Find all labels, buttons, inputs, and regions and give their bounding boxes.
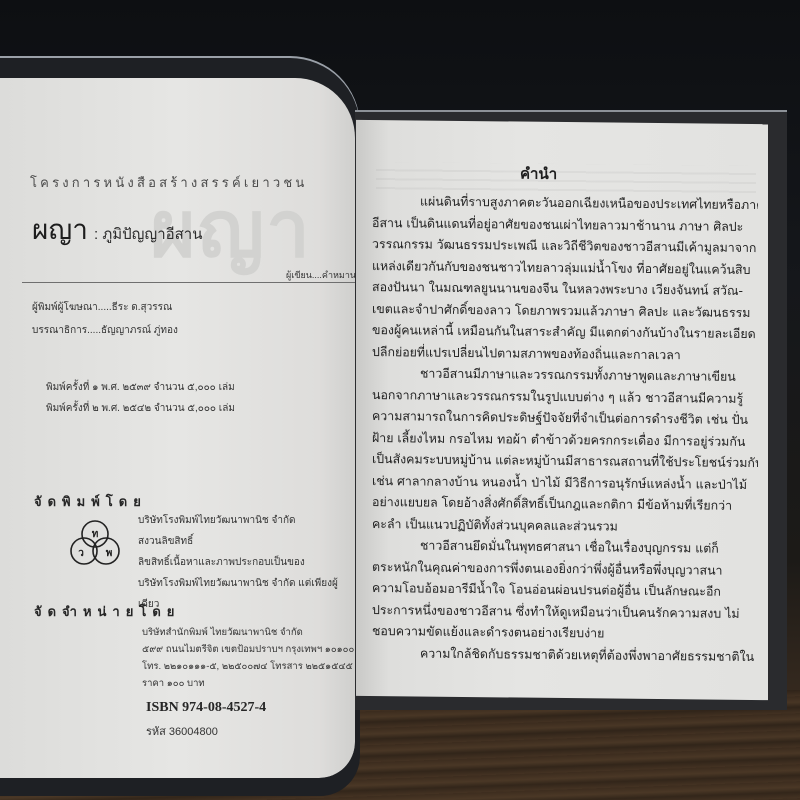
book-title: ผญา : ภูมิปัญญาอีสาน [32, 208, 202, 252]
left-page-imprint: โครงการหนังสือสร้างสรรค์เยาวชน ผญา ผญา :… [0, 0, 355, 778]
logo-letter-wo: ว [78, 548, 84, 559]
distributor-phone-fax: โทร. ๒๒๑๐๑๑๑-๕, ๒๒๕๐๐๗๔ โทรสาร ๒๒๕๑๕๔๕ [142, 658, 354, 675]
foreword-paragraph-2: ชาวอีสานมีภาษาและวรรณกรรมทั้งภาษาพูดและภ… [372, 362, 758, 538]
printed-by-details: บริษัทโรงพิมพ์ไทยวัฒนาพานิช จำกัด สงวนลิ… [138, 510, 355, 615]
printer-name: บริษัทโรงพิมพ์ไทยวัฒนาพานิช จำกัด [138, 510, 355, 531]
foreword-paragraph-3: ชาวอีสานยึดมั่นในพุทธศาสนา เชื่อในเรื่อง… [372, 534, 758, 646]
foreword-body: แผ่นดินที่ราบสูงภาคตะวันออกเฉียงเหนือของ… [372, 190, 758, 667]
distributor-address: ๕๙๙ ถนนไมตรีจิต เขตป้อมปราบฯ กรุงเทพฯ ๑๐… [142, 641, 354, 658]
text-line: ความใกล้ชิดกับธรรมชาติด้วยเหตุที่ต้องพึ่… [372, 642, 758, 668]
distributor-details: บริษัทสำนักพิมพ์ ไทยวัฒนาพานิช จำกัด ๕๙๙… [142, 624, 354, 692]
product-code: รหัส 36004800 [146, 722, 218, 740]
book-price: ราคา ๑๐๐ บาท [142, 675, 354, 692]
book-title-main: ผญา [32, 208, 88, 252]
divider-rule [22, 282, 355, 283]
printed-by-heading: จัดพิมพ์โดย [34, 491, 147, 512]
isbn: ISBN 974-08-4527-4 [146, 700, 266, 716]
copyright-notice: สงวนลิขสิทธิ์ [138, 531, 355, 552]
foreword-paragraph-1: แผ่นดินที่ราบสูงภาคตะวันออกเฉียงเหนือของ… [372, 190, 758, 366]
publisher-logo-icon: ท ว พ [64, 514, 126, 572]
logo-letter-tho: ท [92, 529, 99, 540]
distributor-name: บริษัทสำนักพิมพ์ ไทยวัฒนาพานิช จำกัด [142, 624, 354, 641]
distributed-by-heading: จัดจำหน่ายโดย [34, 601, 180, 622]
printing-first: พิมพ์ครั้งที่ ๑ พ.ศ. ๒๕๓๙ จำนวน ๕,๐๐๐ เล… [46, 380, 235, 395]
copyright-owner-line: ลิขสิทธิ์เนื้อหาและภาพประกอบเป็นของ [138, 552, 355, 573]
book-title-subtitle: : ภูมิปัญญาอีสาน [94, 222, 202, 246]
logo-letter-pho: พ [106, 548, 113, 559]
right-page-foreword: คำนำ แผ่นดินที่ราบสูงภาคตะวันออกเฉียงเหน… [356, 120, 768, 700]
foreword-title: คำนำ [520, 162, 557, 186]
publisher-credit: ผู้พิมพ์ผู้โฆษณา.....ธีระ ด.สุวรรณ [32, 300, 172, 315]
printing-second: พิมพ์ครั้งที่ ๒ พ.ศ. ๒๕๔๒ จำนวน ๕,๐๐๐ เล… [46, 401, 235, 416]
editor-credit: บรรณาธิการ.....ธัญญาภรณ์ ภู่ทอง [32, 323, 178, 338]
foreword-paragraph-4: ความใกล้ชิดกับธรรมชาติด้วยเหตุที่ต้องพึ่… [372, 642, 758, 668]
